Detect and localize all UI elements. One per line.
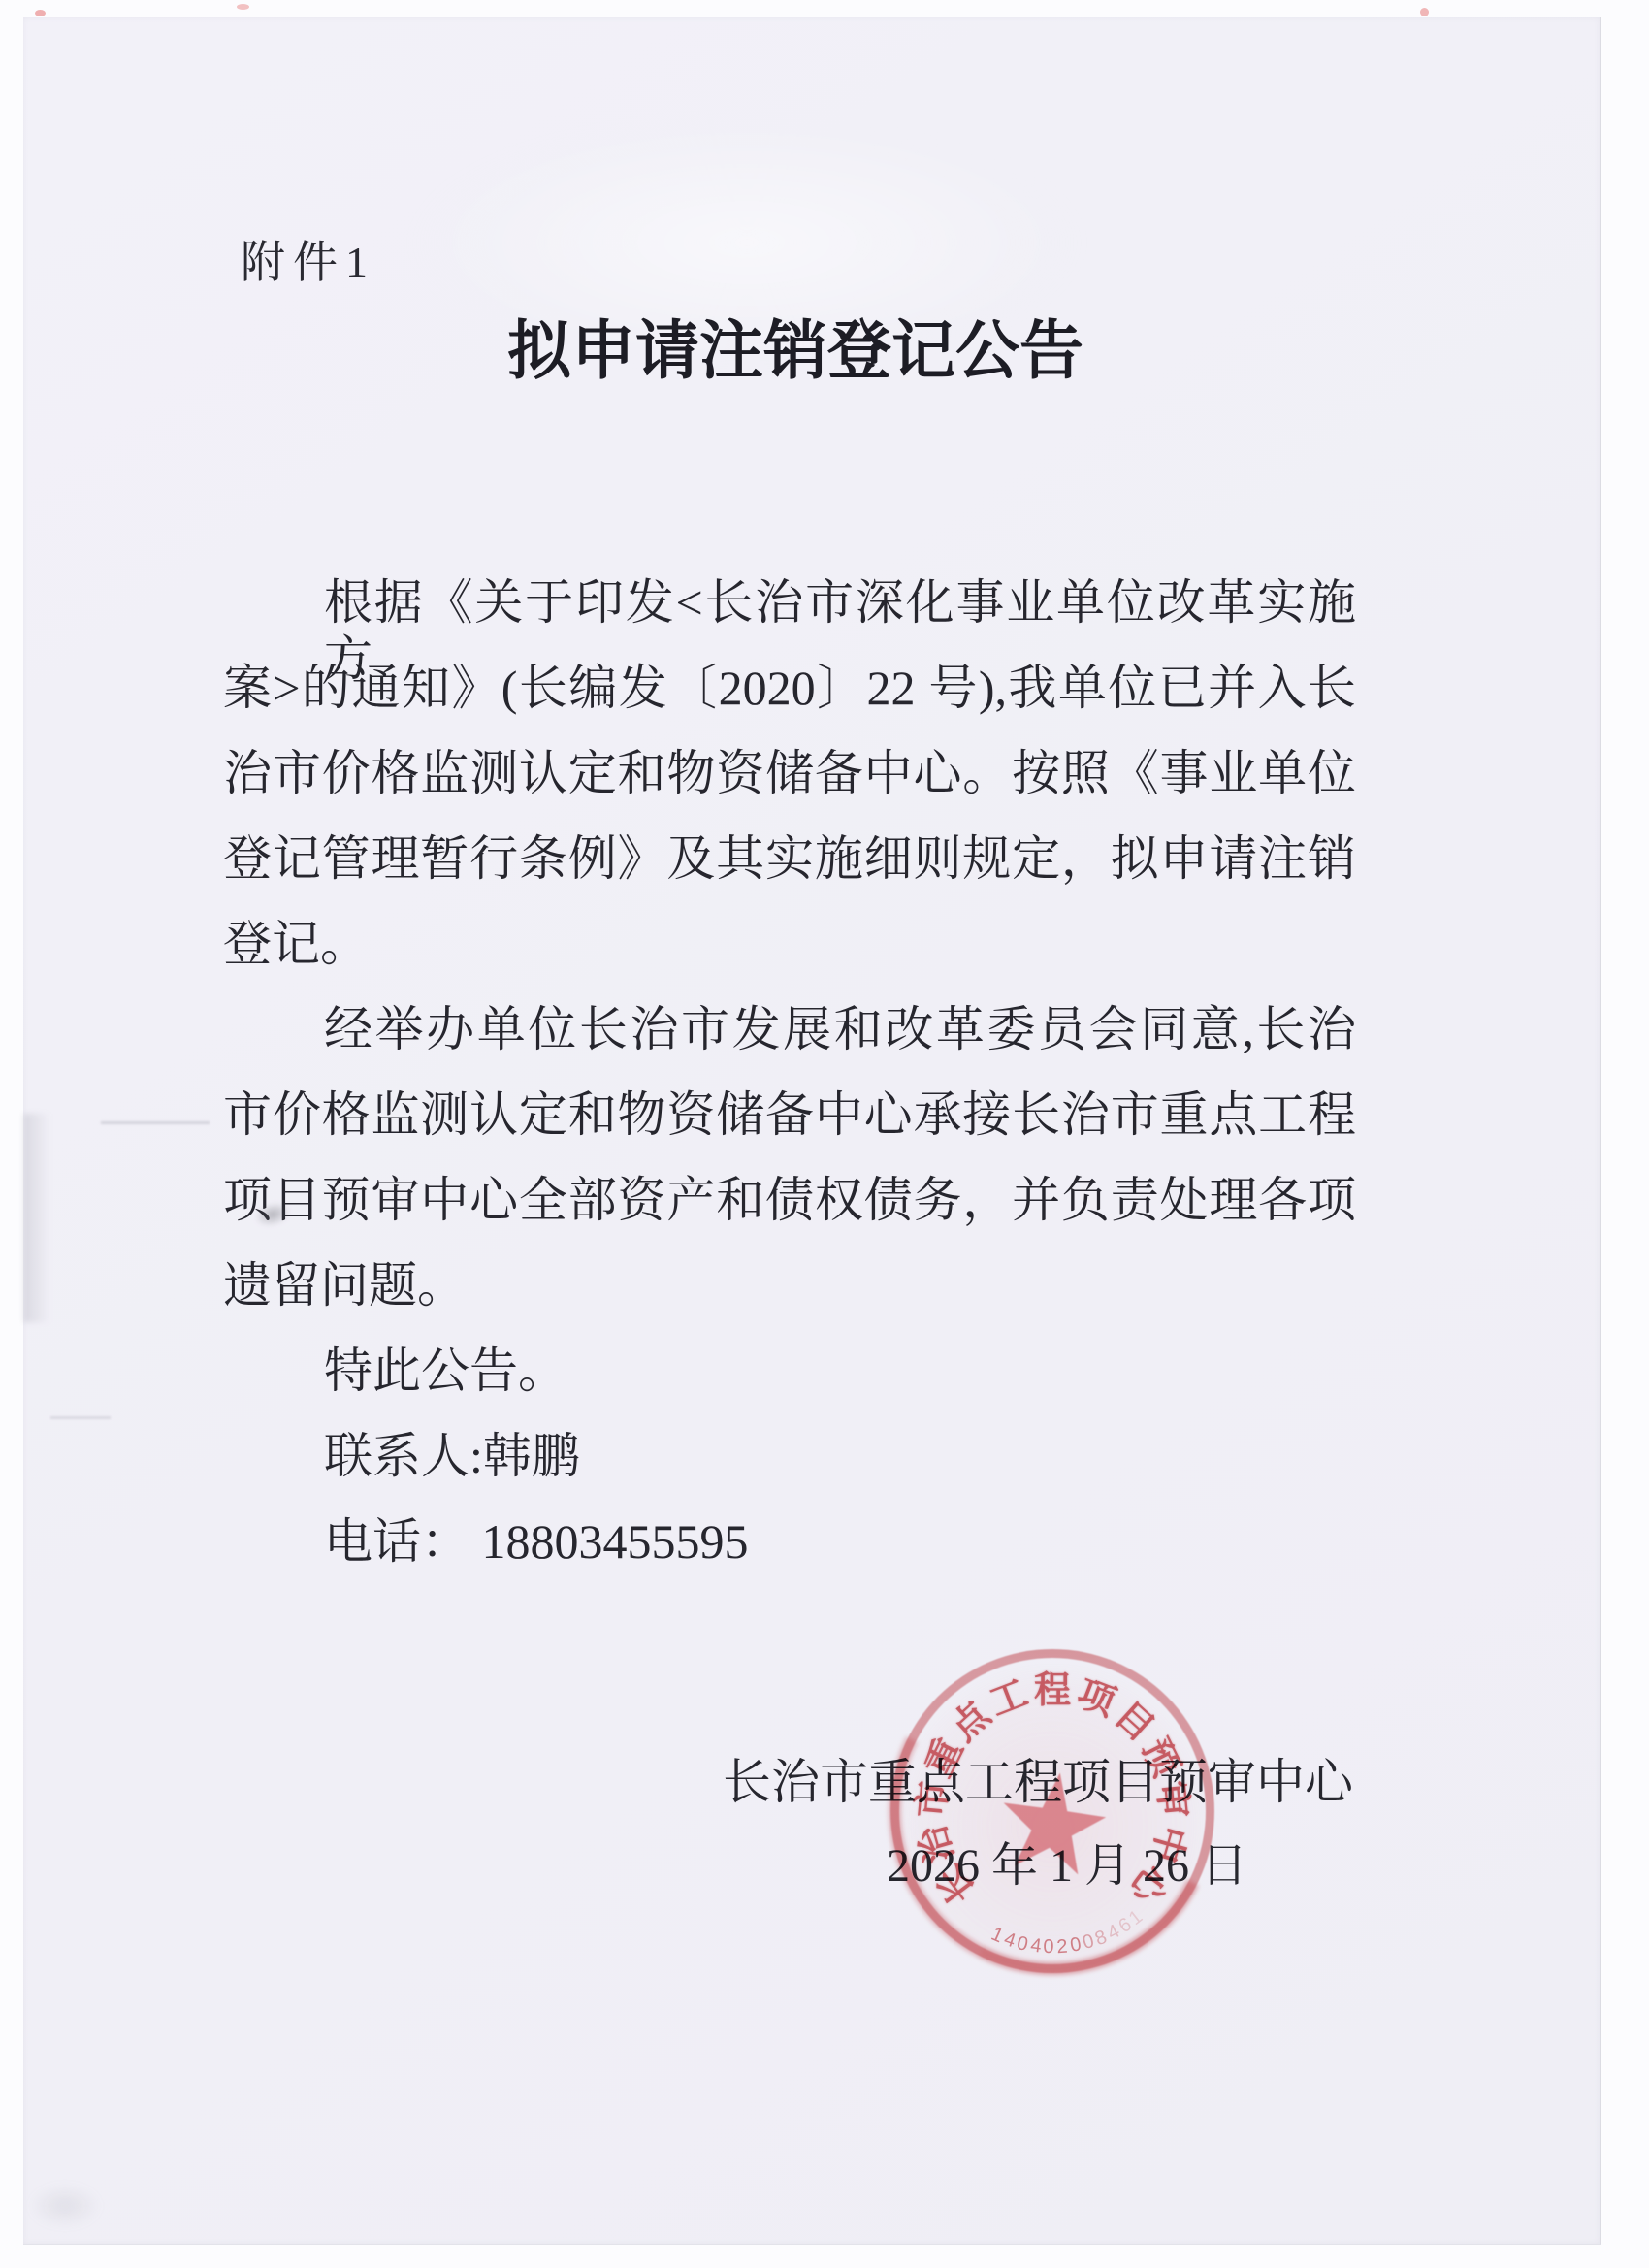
attachment-label: 附件1 <box>241 227 375 291</box>
body-line: 项目预审中心全部资产和债权债务，并负责处理各项 <box>223 1172 1356 1228</box>
seal-arc-char: 审 <box>1151 1779 1194 1822</box>
scanned-document-page: 附件1 拟申请注销登记公告 根据《关于印发<长治市深化事业单位改革实施方案>的通… <box>0 0 1649 2268</box>
body-line: 遗留问题。 <box>223 1257 1356 1313</box>
seal-arc-char: 程 <box>1033 1671 1072 1710</box>
body-line: 登记管理暂行条例》及其实施细则规定，拟申请注销 <box>223 830 1356 887</box>
body-line: 特此公告。 <box>223 1343 1356 1399</box>
official-seal: 长治市重点工程项目预审中心140402008461 <box>890 1649 1214 1973</box>
body-line: 案>的通知》(长编发〔2020〕22 号),我单位已并入长 <box>223 660 1356 716</box>
document-title: 拟申请注销登记公告 <box>291 314 1300 390</box>
body-line: 登记。 <box>223 916 1356 972</box>
body-line: 电话： 18803455595 <box>223 1513 1356 1570</box>
body-line: 市价格监测认定和物资储备中心承接长治市重点工程 <box>223 1086 1356 1143</box>
body-line: 经举办单位长治市发展和改革委员会同意,长治 <box>223 1001 1356 1057</box>
body-line: 联系人:韩鹏 <box>223 1428 1356 1484</box>
scan-speck-artifact <box>35 10 46 16</box>
scan-speck-artifact <box>1420 8 1429 16</box>
seal-arc-char: 市 <box>912 1779 954 1822</box>
scan-speck-artifact <box>237 4 249 10</box>
body-line: 治市价格监测认定和物资储备中心。按照《事业单位 <box>223 745 1356 801</box>
star-icon <box>982 1756 1124 1898</box>
